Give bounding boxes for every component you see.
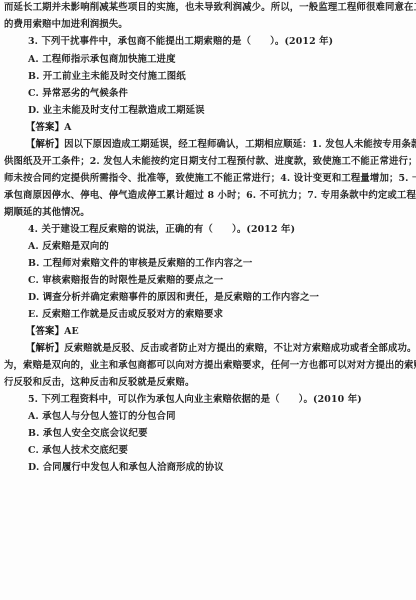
question-3-analysis-line-4: 承包商原因停水、停电、停气造成停工累计超过 8 小时；6. 不可抗力；7. 专用… xyxy=(4,190,410,202)
analysis-text: 承包商原因停水、停电、停气造成停工累计超过 8 小时；6. 不可抗力；7. 专用… xyxy=(4,190,410,202)
question-4-option-e: E. 反索赔工作就是反击或反驳对方的索赔要求 xyxy=(28,309,223,321)
question-4-option-a: A. 反索赔是双向的 xyxy=(28,241,109,253)
question-3-option-b: B. 开工前业主未能及时交付施工图纸 xyxy=(28,71,186,83)
question-3-option-c: C. 异常恶劣的气候条件 xyxy=(28,88,128,100)
answer-value: AE xyxy=(64,326,79,337)
question-4-option-b: B. 工程师对索赔文件的审核是反索赔的工作内容之一 xyxy=(28,258,252,270)
question-5-option-c: C. 承包人技术交底纪要 xyxy=(28,445,128,457)
analysis-label: 【解析】 xyxy=(26,139,64,150)
answer-value: A xyxy=(64,122,71,133)
question-4-analysis-line-3: 行反驳和反击，这种反击和反驳就是反索赔。 xyxy=(4,377,195,389)
question-4-stem: 4. 关于建设工程反索赔的说法，正确的有（ ）。(2012 年) xyxy=(28,224,295,236)
question-3-stem: 3. 下列干扰事件中，承包商不能提出工期索赔的是（ ）。(2012 年) xyxy=(28,36,333,48)
document-page: 而延长工期并未影响削减某些项目的实施，也未导致利润减少。所以，一般监理工程师很难… xyxy=(0,0,416,600)
question-4-analysis-line-1: 【解析】反索赔就是反驳、反击或者防止对方提出的索赔，不让对方索赔成功或者全部成功… xyxy=(26,343,410,355)
question-3-answer: 【答案】A xyxy=(26,122,72,134)
question-4-option-d: D. 调查分析并确定索赔事件的原因和责任，是反索赔的工作内容之一 xyxy=(28,292,319,304)
question-3-option-a: A. 工程师指示承包商加快施工进度 xyxy=(28,54,176,66)
question-3-analysis-line-5: 期顺延的其他情况。 xyxy=(4,207,90,219)
question-5-option-a: A. 承包人与分包人签订的分包合同 xyxy=(28,411,176,423)
analysis-text: 为，索赔是双向的，业主和承包商都可以向对方提出索赔要求，任何一方也都可以对对方提… xyxy=(4,360,410,372)
question-5-option-d: D. 合同履行中发包人和承包人洽商形成的协议 xyxy=(28,462,224,474)
intro-text-1: 而延长工期并未影响削减某些项目的实施，也未导致利润减少。所以，一般监理工程师很难… xyxy=(4,2,410,14)
intro-line-1: 而延长工期并未影响削减某些项目的实施，也未导致利润减少。所以，一般监理工程师很难… xyxy=(4,2,410,14)
analysis-text: 反索赔就是反驳、反击或者防止对方提出的索赔，不让对方索赔成功或者全部成功。一般认 xyxy=(64,343,416,354)
question-4-analysis-line-2: 为，索赔是双向的，业主和承包商都可以向对方提出索赔要求，任何一方也都可以对对方提… xyxy=(4,360,410,372)
answer-label: 【答案】 xyxy=(26,326,64,337)
question-5-stem: 5. 下列工程资料中，可以作为承包人向业主索赔依据的是（ ）。(2010 年) xyxy=(28,394,362,406)
intro-line-2: 的费用索赔中加进利润损失。 xyxy=(4,19,128,31)
question-5-option-b: B. 承包人安全交底会议纪要 xyxy=(28,428,148,440)
question-3-analysis-line-2: 供图纸及开工条件；2. 发包人未能按约定日期支付工程预付款、进度款，致使施工不能… xyxy=(4,156,410,168)
analysis-label: 【解析】 xyxy=(26,343,64,354)
answer-label: 【答案】 xyxy=(26,122,64,133)
question-3-option-d: D. 业主未能及时支付工程款造成工期延误 xyxy=(28,105,205,117)
analysis-text: 师未按合同约定提供所需指令、批准等，致使施工不能正常进行；4. 设计变更和工程量… xyxy=(4,173,410,185)
question-4-answer: 【答案】AE xyxy=(26,326,79,338)
question-3-analysis-line-1: 【解析】因以下原因造成工期延误，经工程师确认，工期相应顺延：1. 发包人未能按专… xyxy=(26,139,410,151)
analysis-text: 供图纸及开工条件；2. 发包人未能按约定日期支付工程预付款、进度款，致使施工不能… xyxy=(4,156,410,168)
analysis-text: 因以下原因造成工期延误，经工程师确认，工期相应顺延：1. 发包人未能按专用条款的… xyxy=(64,139,416,150)
question-4-option-c: C. 审核索赔报告的时限性是反索赔的要点之一 xyxy=(28,275,223,287)
question-3-analysis-line-3: 师未按合同约定提供所需指令、批准等，致使施工不能正常进行；4. 设计变更和工程量… xyxy=(4,173,410,185)
